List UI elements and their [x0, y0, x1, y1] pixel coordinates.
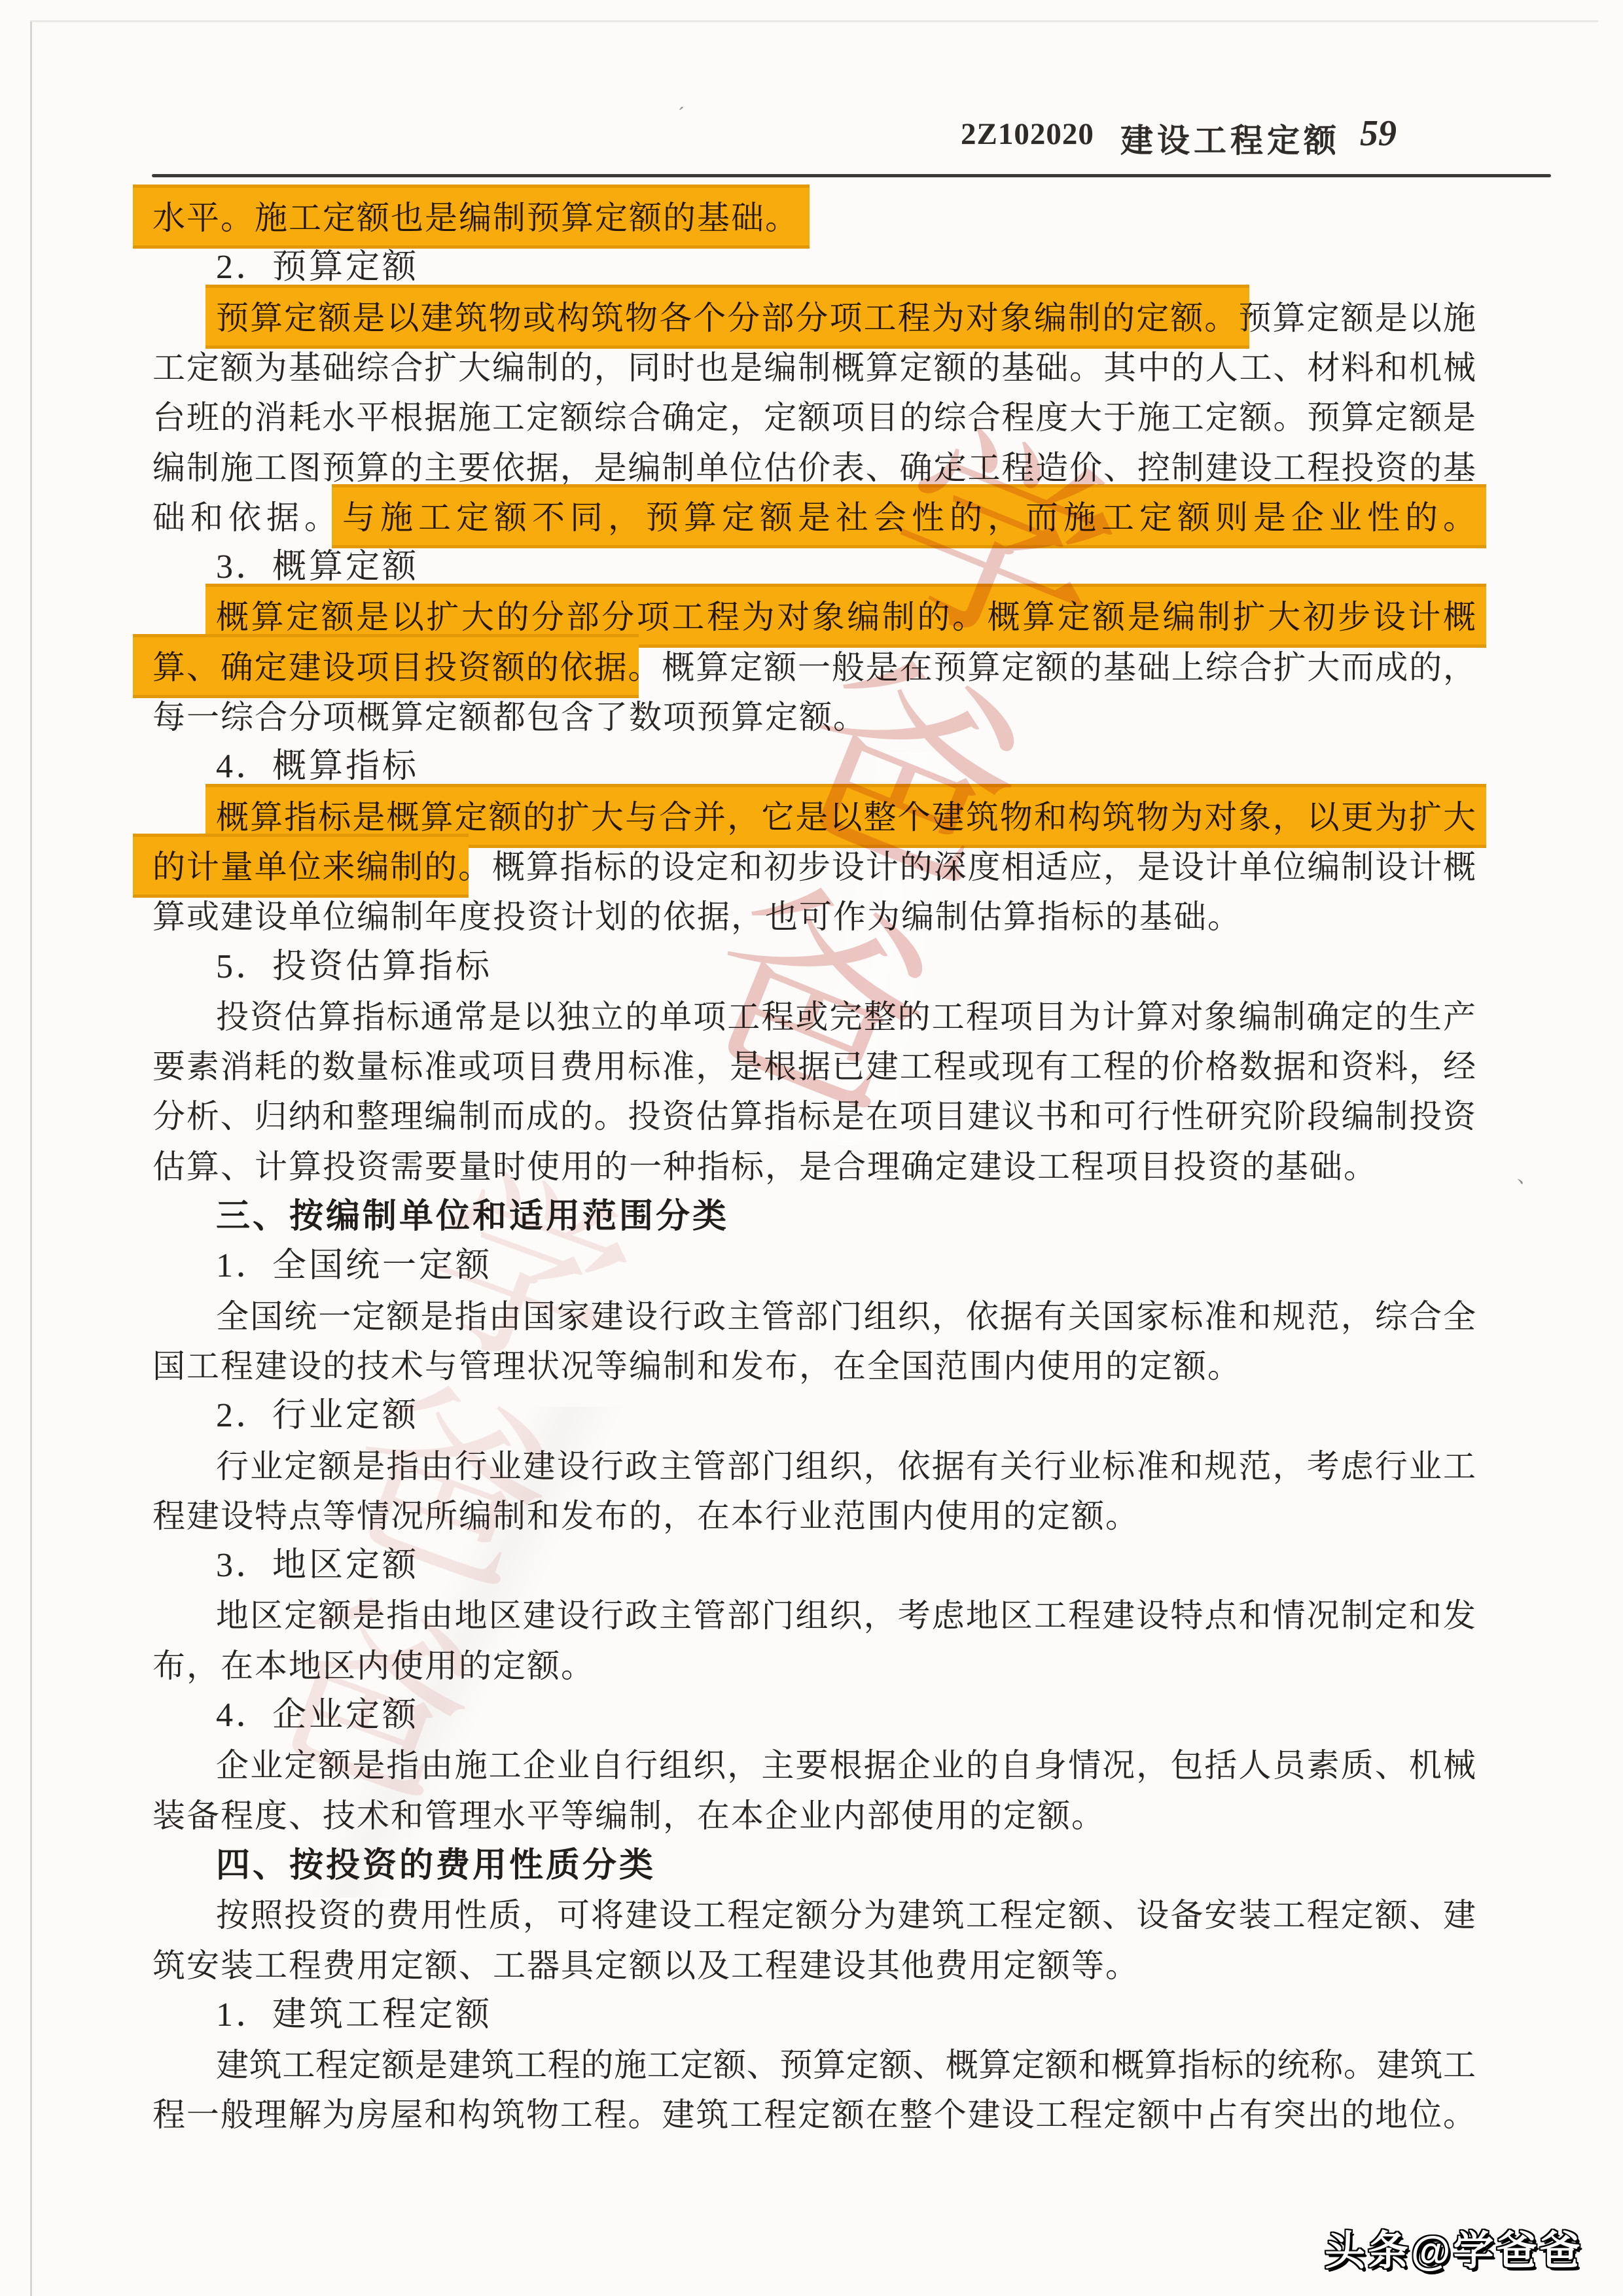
text-segment: 算或建设单位编制年度投资计划的依据，也可作为编制估算指标的基础。 — [152, 898, 1241, 935]
text-segment: 布，在本地区内使用的定额。 — [152, 1648, 595, 1684]
text-segment: 2．行业定额 — [216, 1397, 419, 1434]
text-segment: 国工程建设的技术与管理状况等编制和发布，在全国范围内使用的定额。 — [152, 1348, 1241, 1385]
text-segment: 要素消耗的数量标准或项目费用标准，是根据已建工程或现有工程的价格数据和资料，经 — [152, 1048, 1476, 1085]
text-segment: 企业定额是指由施工企业自行组织，主要根据企业的自身情况，包括人员素质、机械 — [216, 1747, 1476, 1784]
text-segment: 按照投资的费用性质，可将建设工程定额分为建筑工程定额、设备安装工程定额、建 — [216, 1897, 1476, 1934]
text-segment: 估算、计算投资需要量时使用的一种指标，是合理确定建设工程项目投资的基础。 — [152, 1148, 1378, 1185]
text-segment: 四、按投资的费用性质分类 — [216, 1846, 656, 1884]
text-segment: 1．全国统一定额 — [216, 1247, 492, 1284]
text-segment: 3．地区定额 — [216, 1547, 419, 1584]
text-segment: 5．投资估算指标 — [216, 948, 492, 985]
header-section-title: 建设工程定额 — [1120, 115, 1340, 162]
toutiao-watermark: 头条@学爸爸 — [1325, 2218, 1582, 2276]
text-segment: 。概算指标的设定和初步设计的深度相适应，是设计单位编制设计概 — [458, 849, 1476, 885]
text-segment: 3．概算定额 — [216, 548, 419, 586]
text-segment: 4．企业定额 — [216, 1697, 419, 1734]
text-segment: 预算定额是以施 — [1239, 300, 1476, 336]
text-segment: 1．建筑工程定额 — [216, 1996, 492, 2034]
header-rule — [152, 174, 1551, 177]
text-segment: 筑安装工程费用定额、工器具定额以及工程建设其他费用定额等。 — [152, 1947, 1139, 1984]
text-segment: 分析、归纳和整理编制而成的。投资估算指标是在项目建议书和可行性研究阶段编制投资 — [152, 1098, 1476, 1135]
text-segment: 装备程度、技术和管理水平等编制，在本企业内部使用的定额。 — [152, 1797, 1105, 1834]
text-segment: 每一综合分项概算定额都包含了数项预算定额。 — [152, 699, 867, 735]
text-segment: 2．预算定额 — [216, 249, 419, 286]
scan-artifact: 、 — [1517, 1159, 1537, 1188]
text-segment: 4．概算指标 — [216, 748, 419, 785]
text-segment: 建筑工程定额是建筑工程的施工定额、预算定额、概算定额和概算指标的统称。建筑工 — [216, 2047, 1476, 2083]
scan-artifact: ˊ — [678, 103, 685, 126]
text-segment: 全国统一定额是指由国家建设行政主管部门组织，依据有关国家标准和规范，综合全 — [216, 1298, 1476, 1335]
text-segment: 程一般理解为房屋和构筑物工程。建筑工程定额在整个建设工程定额中占有突出的地位。 — [152, 2096, 1476, 2133]
header-page-number: 59 — [1360, 113, 1397, 154]
text-segment: 行业定额是指由行业建设行政主管部门组织，依据有关行业标准和规范，考虑行业工 — [216, 1448, 1476, 1485]
text-segment: 础和依据。 — [152, 499, 342, 536]
text-segment: 地区定额是指由地区建设行政主管部门组织，考虑地区工程建设特点和情况制定和发 — [216, 1597, 1476, 1634]
page-edge-shadow-top — [30, 20, 1598, 22]
text-segment: 编制施工图预算的主要依据，是编制单位估价表、确定工程造价、控制建设工程投资的基 — [152, 450, 1476, 486]
text-segment: 三、按编制单位和适用范围分类 — [216, 1197, 729, 1235]
text-segment: 投资估算指标通常是以独立的单项工程或完整的工程项目为计算对象编制确定的生产 — [216, 998, 1476, 1035]
text-segment: 程建设特点等情况所编制和发布的，在本行业范围内使用的定额。 — [152, 1498, 1139, 1534]
text-segment: 台班的消耗水平根据施工定额综合确定，定额项目的综合程度大于施工定额。预算定额是 — [152, 399, 1476, 436]
text-line: 程一般理解为房屋和构筑物工程。建筑工程定额在整个建设工程定额中占有突出的地位。 — [152, 2085, 1476, 2144]
header-section-code: 2Z102020 — [961, 116, 1094, 152]
text-segment: 工定额为基础综合扩大编制的，同时也是编制概算定额的基础。其中的人工、材料和机械 — [152, 349, 1476, 386]
text-segment: 。概算定额一般是在预算定额的基础上综合扩大而成的， — [628, 649, 1476, 686]
page-edge-shadow-left — [30, 22, 32, 2296]
document-page: 2Z102020 建设工程定额 59 水平。施工定额也是编制预算定额的基础。2．… — [0, 0, 1623, 2296]
